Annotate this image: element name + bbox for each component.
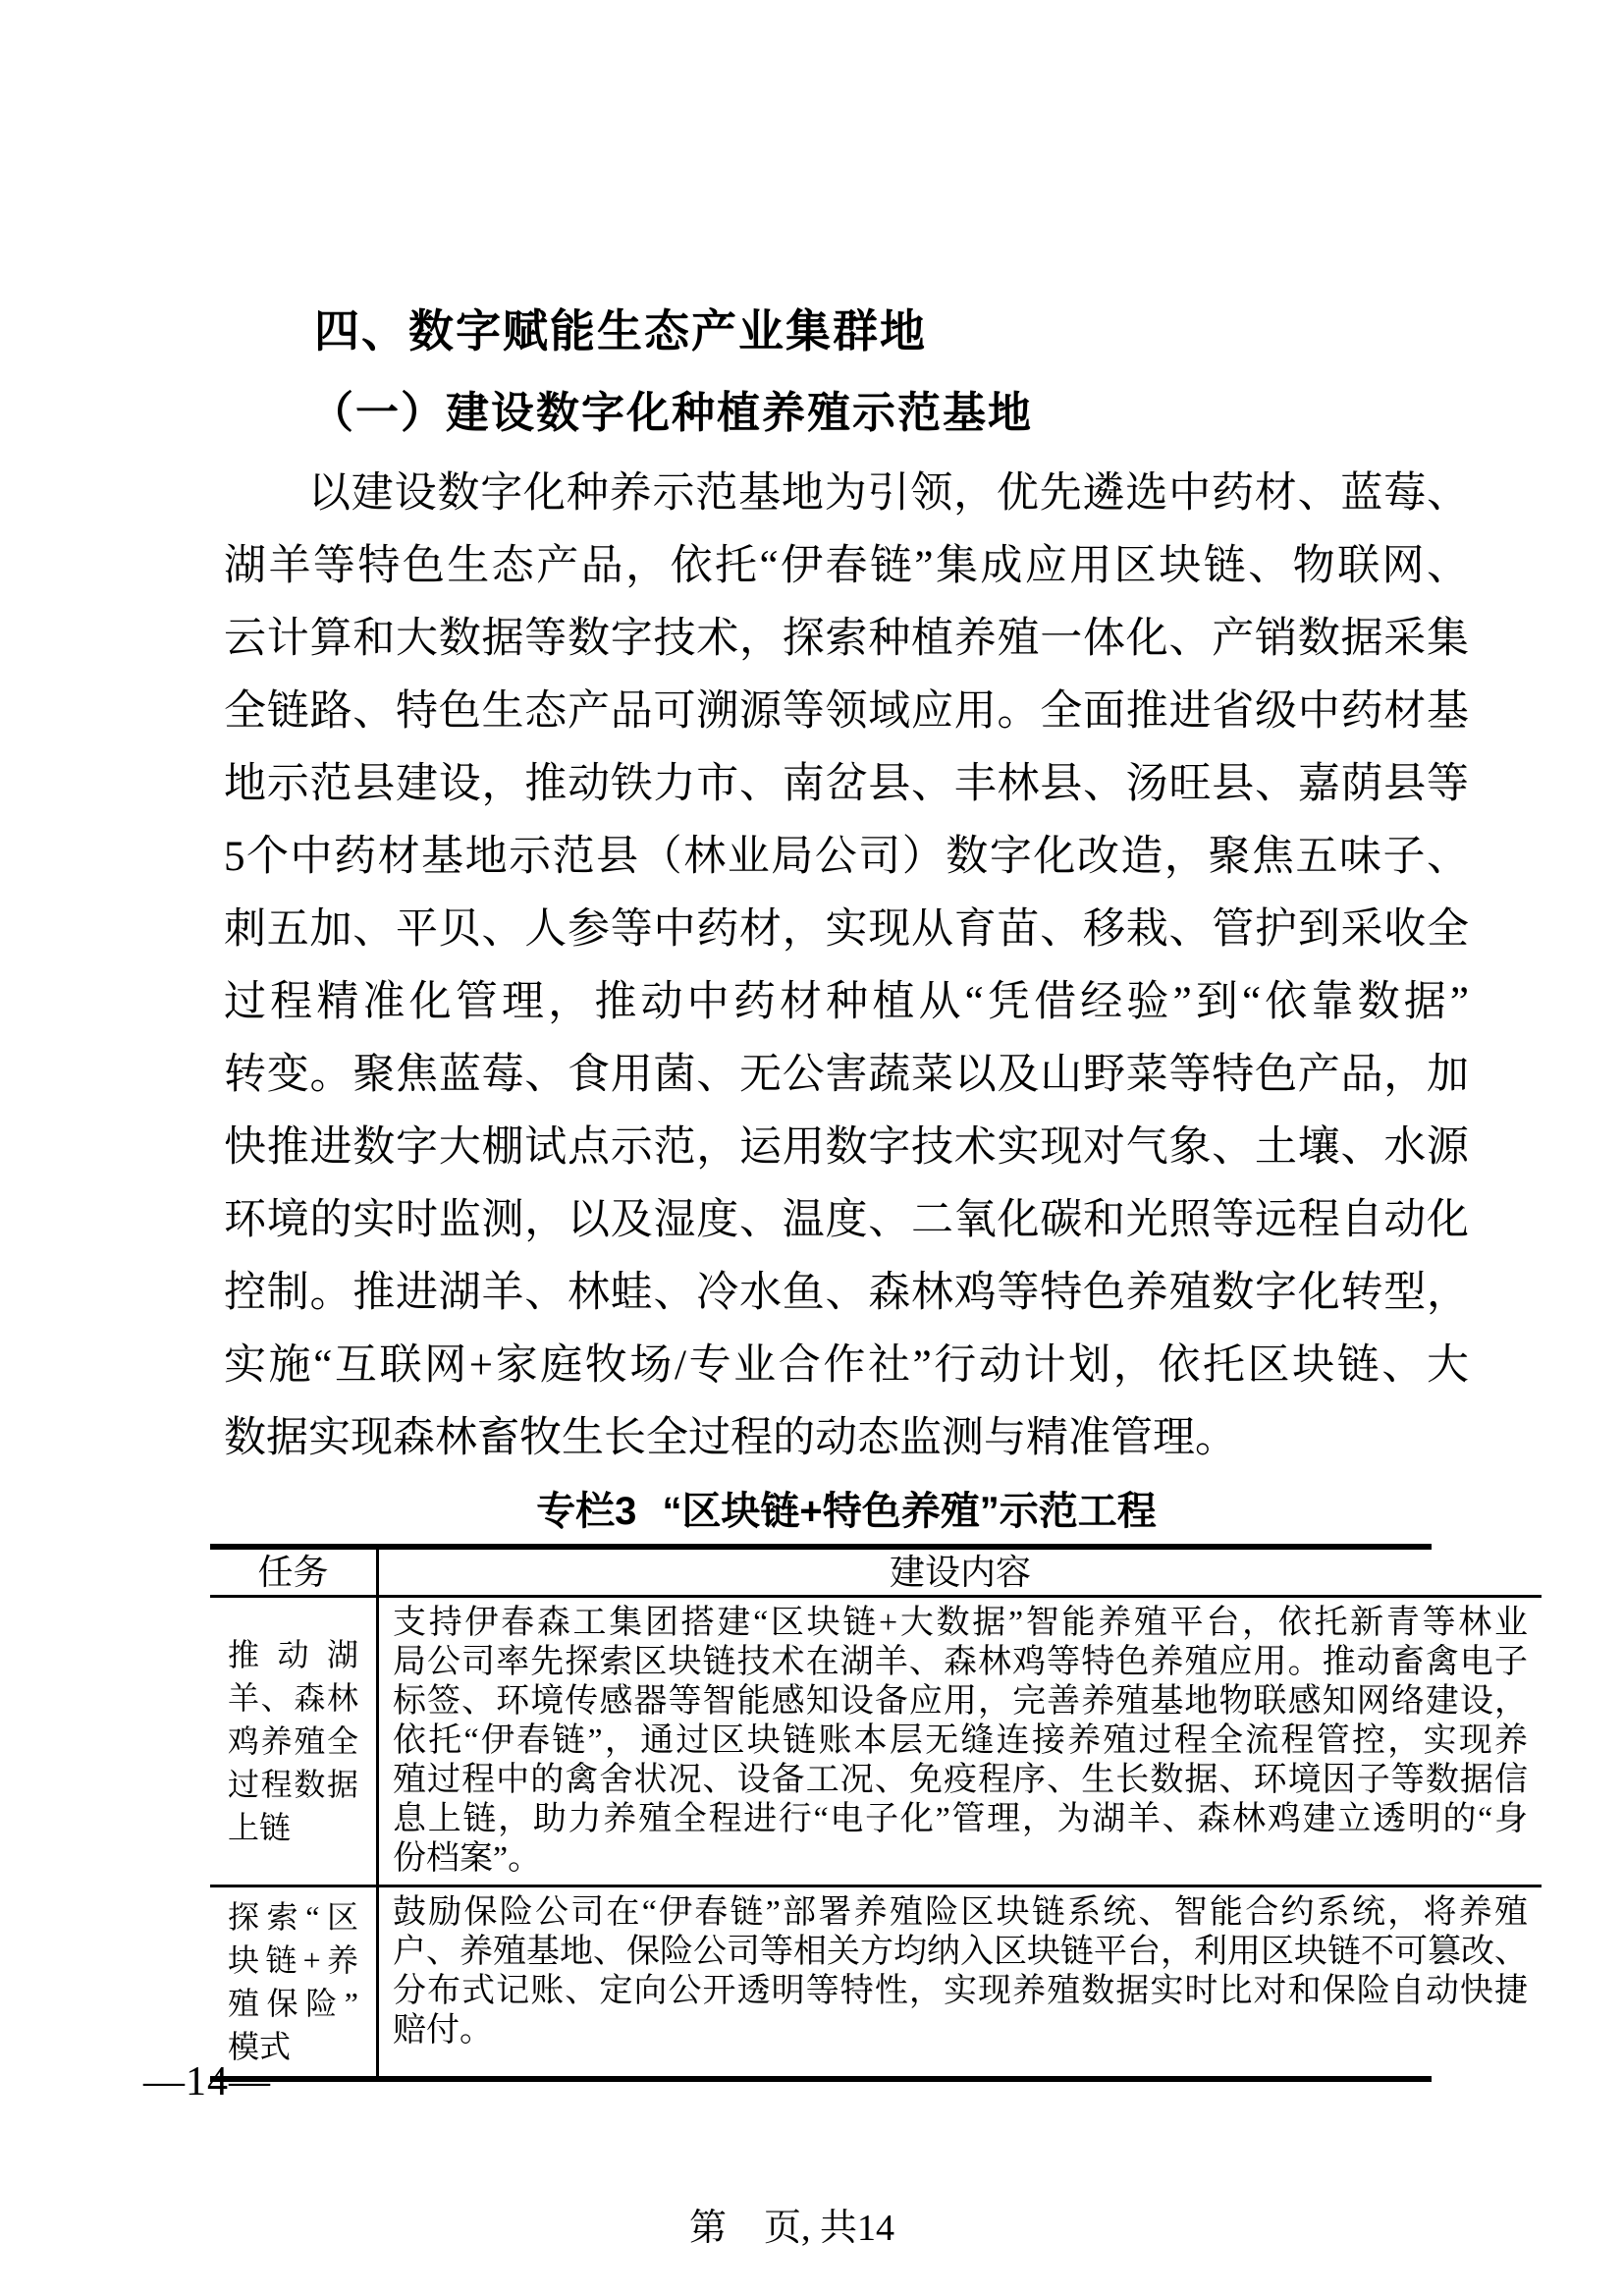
content-line: 局公司率先探索区块链技术在湖羊、森林鸡等特色养殖应用。推动畜禽电子 <box>393 1643 1528 1682</box>
table-row-content-cell: 鼓励保险公司在“伊春链”部署养殖险区块链系统、智能合约系统，将养殖 户、养殖基地… <box>379 1885 1542 2076</box>
sub-heading: （一）建设数字化种植养殖示范基地 <box>224 385 1469 442</box>
task-line: 鸡养殖全 <box>228 1720 358 1763</box>
paragraph-line: 全链路、特色生态产品可溯源等领域应用。全面推进省级中药材基 <box>224 676 1469 748</box>
body-paragraph: 以建设数字化种养示范基地为引领，优先遴选中药材、蓝莓、 湖羊等特色生态产品，依托… <box>224 458 1469 1475</box>
paragraph-line: 湖羊等特色生态产品，依托“伊春链”集成应用区块链、物联网、 <box>224 530 1469 603</box>
table-header-task: 任务 <box>210 1550 379 1595</box>
table-row-task-cell: 探索“区 块链+养 殖保险” 模式 <box>210 1885 379 2076</box>
section-heading: 四、数字赋能生态产业集群地 <box>224 301 1469 361</box>
task-line: 羊、森林 <box>228 1676 358 1720</box>
footer-page-label: 第 页, 共14 <box>0 2206 1584 2251</box>
content-line: 分布式记账、定向公开透明等特性，实现养殖数据实时比对和保险自动快捷 <box>393 1972 1528 2011</box>
content-line: 殖过程中的禽舍状况、设备工况、免疫程序、生长数据、环境因子等数据信 <box>393 1761 1528 1800</box>
content-line: 息上链，助力养殖全程进行“电子化”管理，为湖羊、森林鸡建立透明的“身 <box>393 1800 1528 1839</box>
task-line: 推动湖 <box>228 1633 358 1676</box>
paragraph-line: 实施“互联网+家庭牧场/专业合作社”行动计划，依托区块链、大 <box>224 1330 1469 1402</box>
content-line: 标签、环境传感器等智能感知设备应用，完善养殖基地物联感知网络建设， <box>393 1682 1528 1722</box>
paragraph-line: 转变。聚焦蓝莓、食用菌、无公害蔬菜以及山野菜等特色产品，加 <box>224 1039 1469 1112</box>
paragraph-line: 以建设数字化种养示范基地为引领，优先遴选中药材、蓝莓、 <box>224 458 1469 530</box>
box-title-text: “区块链+特色养殖”示范工程 <box>662 1490 1156 1533</box>
content-line: 户、养殖基地、保险公司等相关方均纳入区块链平台，利用区块链不可篡改、 <box>393 1933 1528 1972</box>
paragraph-line: 过程精准化管理，推动中药材种植从“凭借经验”到“依靠数据” <box>224 966 1469 1039</box>
task-line: 过程数据 <box>228 1763 358 1806</box>
paragraph-line: 环境的实时监测，以及湿度、温度、二氧化碳和光照等远程自动化 <box>224 1184 1469 1257</box>
box-label: 专栏3 <box>536 1490 636 1533</box>
content-line: 鼓励保险公司在“伊春链”部署养殖险区块链系统、智能合约系统，将养殖 <box>393 1893 1528 1933</box>
table-row-task-cell: 推动湖 羊、森林 鸡养殖全 过程数据 上链 <box>210 1595 379 1885</box>
paragraph-line: 地示范县建设，推动铁力市、南岔县、丰林县、汤旺县、嘉荫县等 <box>224 748 1469 821</box>
content-line: 份档案”。 <box>393 1839 1528 1879</box>
document-page: 四、数字赋能生态产业集群地 （一）建设数字化种植养殖示范基地 以建设数字化种养示… <box>0 0 1623 2296</box>
paragraph-line: 云计算和大数据等数字技术，探索种植养殖一体化、产销数据采集 <box>224 603 1469 676</box>
paragraph-line: 5个中药材基地示范县（林业局公司）数字化改造，聚焦五味子、 <box>224 821 1469 894</box>
page-number: —14— <box>143 2058 271 2105</box>
paragraph-line: 刺五加、平贝、人参等中药材，实现从育苗、移栽、管护到采收全 <box>224 894 1469 966</box>
box-title: 专栏3“区块链+特色养殖”示范工程 <box>224 1489 1469 1534</box>
task-line: 殖保险” <box>228 1982 358 2025</box>
table-header-content: 建设内容 <box>379 1550 1542 1595</box>
box-table: 任务 建设内容 推动湖 羊、森林 鸡养殖全 过程数据 上链 支持伊春森工集团搭建… <box>210 1544 1432 2082</box>
content-line: 支持伊春森工集团搭建“区块链+大数据”智能养殖平台，依托新青等林业 <box>393 1604 1528 1643</box>
content-line: 赔付。 <box>393 2011 1528 2050</box>
task-line: 块链+养 <box>228 1939 358 1982</box>
paragraph-line: 快推进数字大棚试点示范，运用数字技术实现对气象、土壤、水源 <box>224 1112 1469 1184</box>
text-block: 四、数字赋能生态产业集群地 （一）建设数字化种植养殖示范基地 以建设数字化种养示… <box>224 301 1469 2082</box>
paragraph-line: 控制。推进湖羊、林蛙、冷水鱼、森林鸡等特色养殖数字化转型， <box>224 1257 1469 1330</box>
task-line: 上链 <box>228 1806 358 1849</box>
task-line: 探索“区 <box>228 1895 358 1939</box>
table-row-content-cell: 支持伊春森工集团搭建“区块链+大数据”智能养殖平台，依托新青等林业 局公司率先探… <box>379 1595 1542 1885</box>
paragraph-line: 数据实现森林畜牧生长全过程的动态监测与精准管理。 <box>224 1402 1469 1475</box>
content-line: 依托“伊春链”，通过区块链账本层无缝连接养殖过程全流程管控，实现养 <box>393 1722 1528 1761</box>
